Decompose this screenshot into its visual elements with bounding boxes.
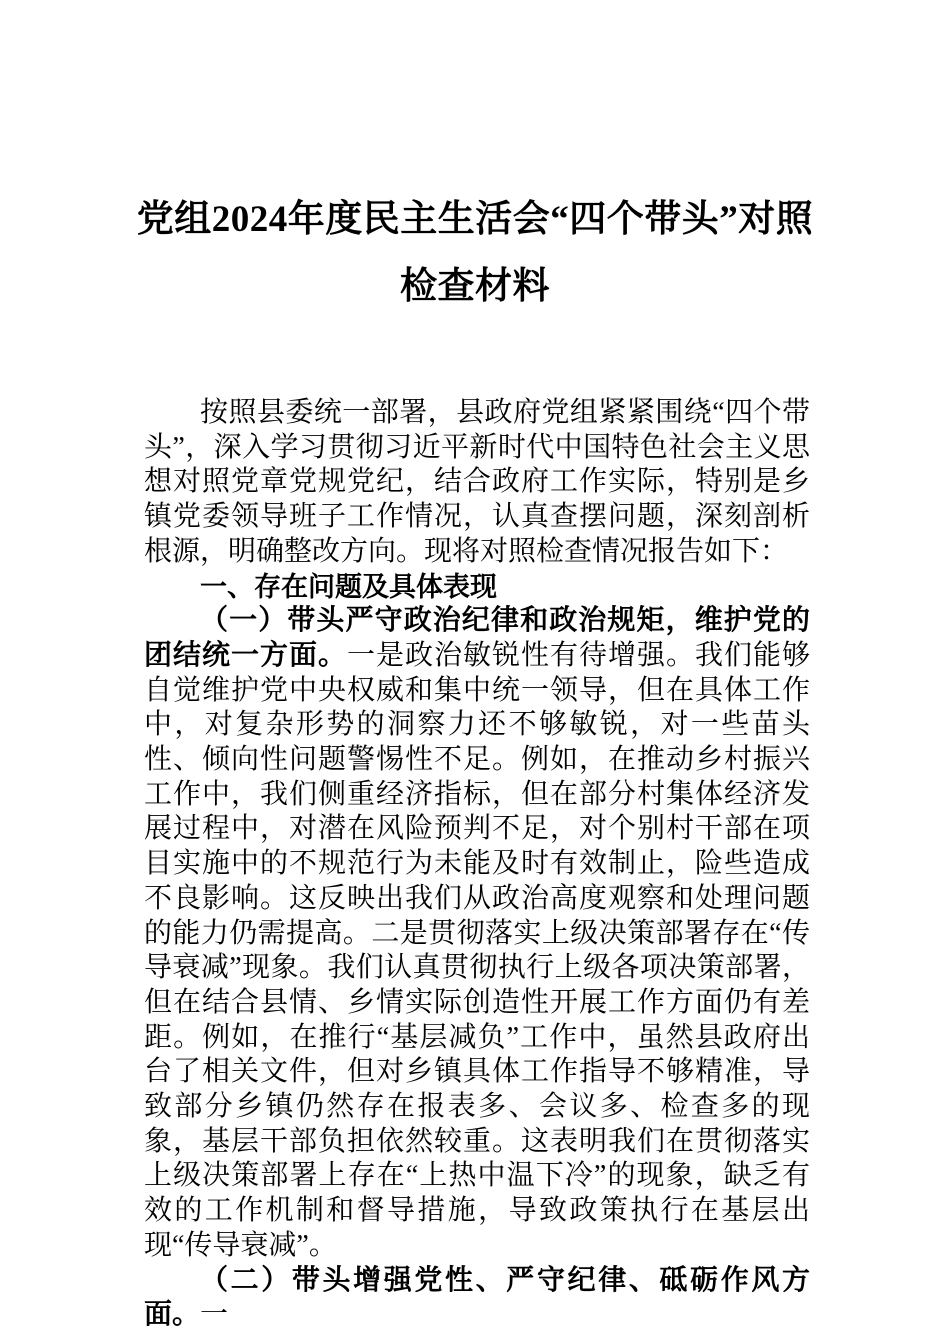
item-2-lead: （二）带头增强党性、严守纪律、砥砺作风方面。: [144, 1265, 810, 1331]
item-2-body: 一: [200, 1299, 228, 1330]
item-2-paragraph: （二）带头增强党性、严守纪律、砥砺作风方面。一: [144, 1264, 810, 1333]
document-page: 党组2024年度民主生活会“四个带头”对照检查材料 按照县委统一部署，县政府党组…: [0, 0, 950, 1344]
document-title: 党组2024年度民主生活会“四个带头”对照检查材料: [130, 186, 820, 320]
item-1-paragraph: （一）带头严守政治纪律和政治规矩，维护党的团结统一方面。一是政治敏锐性有待增强。…: [144, 604, 810, 1263]
section-1-heading: 一、存在问题及具体表现: [144, 570, 810, 605]
item-1-body: 一是政治敏锐性有待增强。我们能够自觉维护党中央权威和集中统一领导，但在具体工作中…: [144, 640, 810, 1261]
document-body: 按照县委统一部署，县政府党组紧紧围绕“四个带头”，深入学习贯彻习近平新时代中国特…: [144, 396, 810, 1333]
intro-paragraph: 按照县委统一部署，县政府党组紧紧围绕“四个带头”，深入学习贯彻习近平新时代中国特…: [144, 396, 810, 570]
